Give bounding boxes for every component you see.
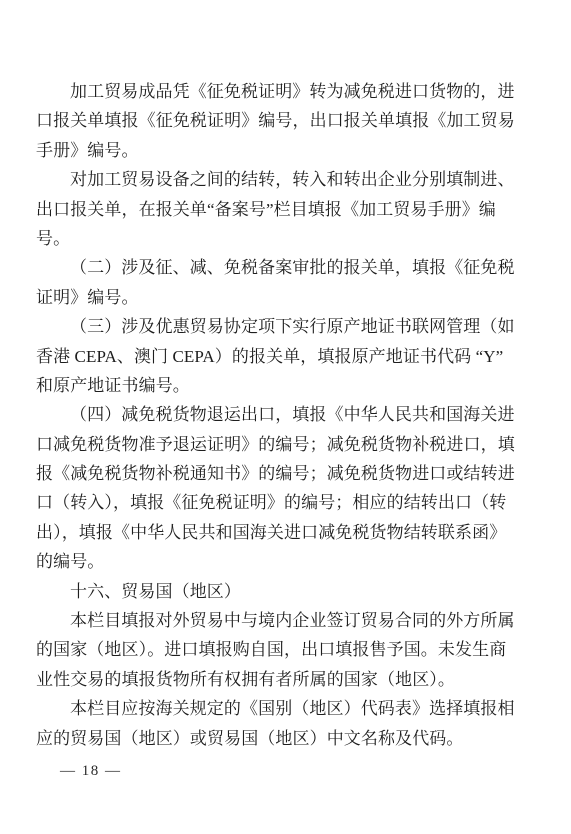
text-line: （三）涉及优惠贸易协定项下实行原产地证书联网管理（如 bbox=[36, 312, 516, 341]
text-line: 的编号。 bbox=[36, 547, 516, 576]
section-heading-16: 十六、贸易国（地区） bbox=[36, 577, 516, 606]
text-line: 报《减免税货物补税通知书》的编号；减免税货物进口或结转进 bbox=[36, 459, 516, 488]
document-page: 加工贸易成品凭《征免税证明》转为减免税进口货物的，进 口报关单填报《征免税证明》… bbox=[0, 0, 571, 834]
text-line: 口减免税货物准予退运证明》的编号；减免税货物补税进口，填 bbox=[36, 430, 516, 459]
text-line: 的国家（地区）。进口填报购自国，出口填报售予国。未发生商 bbox=[36, 635, 516, 664]
text-line: （二）涉及征、减、免税备案审批的报关单，填报《征免税 bbox=[36, 253, 516, 282]
text-line: 证明》编号。 bbox=[36, 283, 516, 312]
text-line: 本栏目应按海关规定的《国别（地区）代码表》选择填报相 bbox=[36, 694, 516, 723]
text-line: 手册》编号。 bbox=[36, 136, 516, 165]
body-text: 加工贸易成品凭《征免税证明》转为减免税进口货物的，进 口报关单填报《征免税证明》… bbox=[36, 77, 516, 753]
text-line: 出口报关单，在报关单“备案号”栏目填报《加工贸易手册》编 bbox=[36, 195, 516, 224]
text-line: 加工贸易成品凭《征免税证明》转为减免税进口货物的，进 bbox=[36, 77, 516, 106]
text-line: （四）减免税货物退运出口，填报《中华人民共和国海关进 bbox=[36, 400, 516, 429]
page-number: — 18 — bbox=[60, 763, 122, 780]
text-line: 和原产地证书编号。 bbox=[36, 371, 516, 400]
text-line: 应的贸易国（地区）或贸易国（地区）中文名称及代码。 bbox=[36, 724, 516, 753]
text-line: 口（转入），填报《征免税证明》的编号；相应的结转出口（转 bbox=[36, 488, 516, 517]
text-line: 号。 bbox=[36, 224, 516, 253]
text-line: 口报关单填报《征免税证明》编号，出口报关单填报《加工贸易 bbox=[36, 106, 516, 135]
text-line: 出），填报《中华人民共和国海关进口减免税货物结转联系函》 bbox=[36, 518, 516, 547]
text-line: 对加工贸易设备之间的结转，转入和转出企业分别填制进、 bbox=[36, 165, 516, 194]
text-line: 本栏目填报对外贸易中与境内企业签订贸易合同的外方所属 bbox=[36, 606, 516, 635]
text-line: 香港 CEPA、澳门 CEPA）的报关单，填报原产地证书代码 “Y” bbox=[36, 342, 516, 371]
text-line: 业性交易的填报货物所有权拥有者所属的国家（地区）。 bbox=[36, 665, 516, 694]
